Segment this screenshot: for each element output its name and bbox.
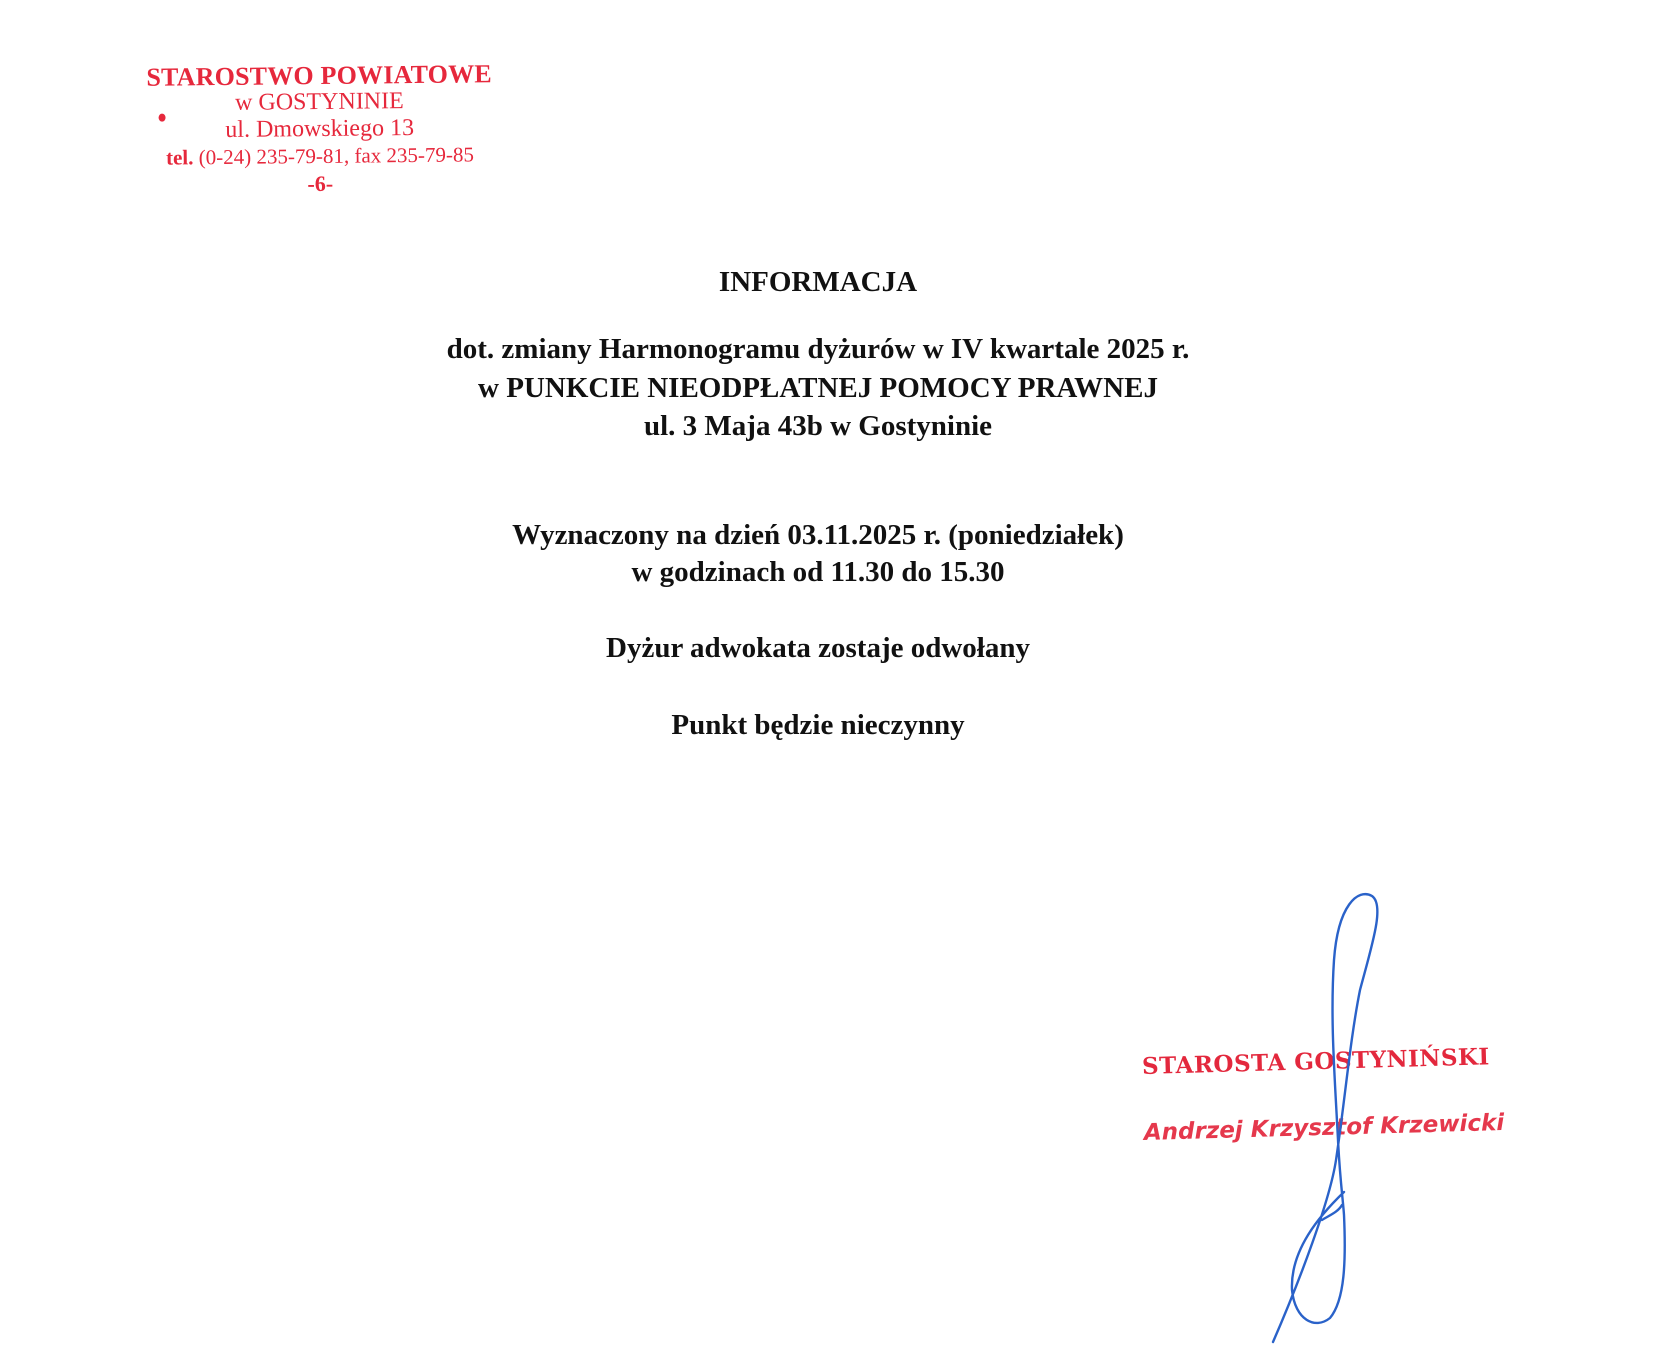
closure-notice: Punkt będzie nieczynny [0,706,1636,744]
document-page: STAROSTWO POWIATOWE w GOSTYNINIE ul. Dmo… [0,0,1655,1352]
stamp-dot-mark [159,114,166,122]
cancellation-notice: Dyżur adwokata zostaje odwołany [0,629,1636,667]
stamp-office-street: ul. Dmowskiego 13 [129,114,511,145]
office-stamp: STAROSTWO POWIATOWE w GOSTYNINIE ul. Dmo… [128,60,511,199]
stamp-office-contact: tel. (0-24) 235-79-81, fax 235-79-85 [129,141,511,172]
document-title: INFORMACJA [0,263,1636,301]
signatory-stamp: STAROSTA GOSTYNIŃSKI Andrzej Krzysztof K… [1142,1040,1505,1150]
handwritten-signature-icon [0,0,1655,1352]
stamp-phone-numbers: (0-24) 235-79-81, fax 235-79-85 [199,142,475,169]
subject-line-3: ul. 3 Maja 43b w Gostyninie [0,407,1636,445]
subject-line-2: w PUNKCIE NIEODPŁATNEJ POMOCY PRAWNEJ [0,369,1636,407]
stamp-office-name: STAROSTWO POWIATOWE [128,60,510,91]
signatory-position: STAROSTA GOSTYNIŃSKI [1142,1040,1503,1084]
stamp-office-number: -6- [129,168,511,199]
scheduled-hours-line: w godzinach od 11.30 do 15.30 [0,553,1636,591]
stamp-phone-prefix: tel. [166,145,194,169]
subject-line-1: dot. zmiany Harmonogramu dyżurów w IV kw… [0,330,1636,368]
stamp-office-city: w GOSTYNINIE [128,87,510,118]
signatory-name: Andrzej Krzysztof Krzewicki [1143,1106,1504,1150]
scheduled-date-line: Wyznaczony na dzień 03.11.2025 r. (ponie… [0,516,1636,554]
